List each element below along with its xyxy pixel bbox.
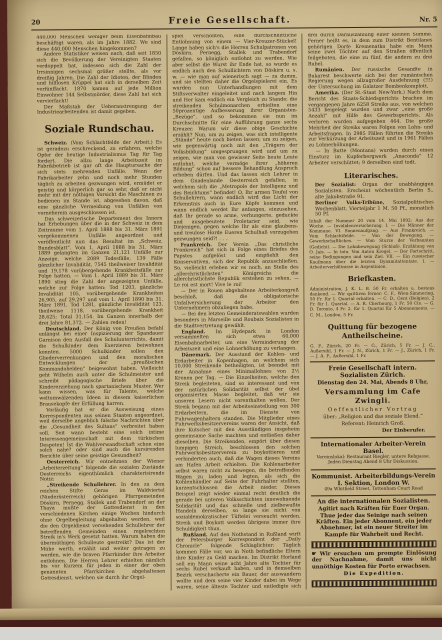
paragraph: Rußland. Auf den Nothstand in Rußland wi… (176, 532, 301, 590)
paragraph: — Der in Rouen abgehaltene Arbeiterkongr… (174, 289, 299, 313)
entry-body: — Bei den letzten Gemeinderatswahlen wur… (174, 312, 299, 330)
paragraph: drei durch Darauszahlung einer kleinen S… (308, 32, 433, 68)
paragraph: Dänemark. Der Ausstand der Kohlen- und E… (175, 352, 301, 533)
entry-body: Auf den Nothstand in Rußland wirft der P… (176, 532, 301, 590)
paragraph: — In Butte (Montana) wurden durch einen … (309, 148, 434, 166)
entry-body: — Der in Rouen abgehaltene Arbeiterkongr… (174, 289, 299, 312)
entry-lead: Amerika. (315, 90, 339, 96)
entry-lead: England. (181, 329, 205, 335)
meeting-datetime: Dienstag den 24. Mai, Abends 8 Uhr, (310, 379, 435, 386)
meeting-topic: über: „Religion und das soziale Elend.“ (311, 413, 436, 420)
ornament-border (312, 541, 437, 549)
paragraph: Vorläufig hat er die Ausweisung eines Ko… (39, 407, 164, 460)
briefkasten-text: Administration, J. K. L. B. 50 Fr. erhal… (310, 285, 435, 317)
page-header: 20 Freie Gesellschaft. Nr. 5 (31, 14, 437, 27)
entry-lead: Deutschland. (46, 326, 82, 332)
entry-body: Der Ausstand der Kohlen- und Erdarbeiter… (175, 352, 301, 532)
literary-item: Der Sozialist: Organ der unabhängigen So… (309, 183, 434, 201)
meeting-location: Versammlung im Cafe Zwingli. (310, 386, 435, 405)
literary-contents: Inhalt der Nummer 20 vom 14. Mai 1892: A… (309, 218, 434, 270)
paragraph: Der Maßstab der Ueberanstrengung der Ind… (37, 104, 162, 117)
notice-body: Wir ersuchen um prompte Einlösung der Na… (312, 551, 437, 570)
table-surface (0, 627, 442, 640)
entry-body: (Vom Schlachtfelde der Arbeit.) Es ist g… (37, 141, 162, 217)
entry-body: spiel verschönten, eine durchschnittlich… (172, 33, 298, 242)
entry-body: Andere Statistiker weisen nach, daß seit… (37, 52, 162, 104)
literary-item: Berliner Volks-Tribüne, Sozialpolitische… (309, 200, 434, 218)
meeting-title: Freie Gesellschaft intern. Sozialisten Z… (310, 364, 435, 379)
entry-lead: „Streikende Schullehrer. (47, 482, 117, 489)
divider-rule (311, 468, 436, 470)
entry-body: drei durch Darauszahlung einer kleinen S… (308, 32, 433, 67)
meeting-speaker: Referent: Heinrich Groß. (311, 420, 436, 427)
appeal-body: Agitirt nach Kräften für Euer Organ. Thu… (311, 506, 436, 539)
notice-signature: Die Expedition. (312, 570, 437, 577)
verein-address: 49a Whitfield Street, Tottenham Court Ro… (311, 486, 436, 492)
verein-london: Kommunist. Arbeiterbildungs-Verein I. Se… (311, 472, 436, 492)
entry-lead: Frankreich. (181, 242, 212, 248)
paragraph: spiel verschönten, eine durchschnittlich… (172, 33, 298, 243)
section-heading-briefkasten: Briefkasten. (310, 273, 435, 283)
divider-rule (311, 495, 436, 497)
paragraph: Amerika. (Der St.-Staat New-York.) Nach … (308, 90, 433, 149)
column-layout: 440,000 Menschen weniger beim Eisenbahnb… (31, 32, 441, 591)
quittung-text: G. F., Zürich, 20 Fr. — G., Zürich, 5 Fr… (310, 342, 435, 358)
paragraph: Oesterreich. Wir entnehmen der Wiener „A… (40, 460, 165, 484)
entry-lead: Dänemark. (182, 352, 212, 358)
entry-lead: Oesterreich. (47, 459, 80, 465)
meeting-announcement: Freie Gesellschaft intern. Sozialisten Z… (310, 364, 435, 434)
entry-lead: Schweiz. (44, 140, 67, 146)
section-heading-literarisches: Literarisches. (309, 171, 434, 181)
entry-body: Das schweizerische Departement des Inner… (38, 216, 163, 326)
column-middle: spiel verschönten, eine durchschnittlich… (166, 33, 306, 590)
issue-number: Nr. 5 (419, 15, 437, 23)
paragraph: „Streikende Schullehrer. In den zu dem r… (40, 483, 165, 583)
expedition-notice: ☛ Wir ersuchen um prompte Einlösung der … (312, 551, 437, 571)
scanned-newspaper-photo: 20 Freie Gesellschaft. Nr. 5 440,000 Men… (0, 0, 442, 640)
entry-body: 440,000 Menschen weniger beim Eisenbahnb… (36, 35, 161, 53)
column-left: 440,000 Menschen weniger beim Eisenbahnb… (31, 35, 170, 592)
entry-body: In den zu dem reichen Stifte Geras im Wa… (40, 483, 165, 582)
entry-lead: Berliner Volks-Tribüne, (315, 200, 384, 207)
masthead-title: Freie Gesellschaft. (169, 16, 292, 27)
entry-lead: Rumänien. (315, 67, 344, 73)
paragraph: 440,000 Menschen weniger beim Eisenbahnb… (36, 35, 161, 53)
entry-body: Der Maßstab der Ueberanstrengung der Ind… (37, 104, 162, 116)
meeting-signature: Der Einberufer. (311, 427, 436, 434)
section-heading-soziale-rundschau: Soziale Rundschau. (37, 124, 162, 136)
paragraph: Das schweizerische Departement des Inner… (38, 216, 164, 327)
paragraph: — Bei den letzten Gemeinderatswahlen wur… (174, 312, 299, 330)
entry-body: Der Verein „Das christliche Frankreich“ … (174, 242, 299, 289)
paragraph: Schweiz. (Vom Schlachtfelde der Arbeit.)… (37, 141, 162, 217)
appeal-heading: An die internationalen Sozialisten. (311, 499, 436, 506)
pointing-hand-icon: ☛ (312, 551, 317, 557)
divider-rule (310, 360, 435, 362)
paragraph: England. Im Hydepark in London versammel… (174, 329, 299, 353)
paragraph: Andere Statistiker weisen nach, daß seit… (36, 52, 161, 105)
entry-body: Der König von Preußen befahl unlängst be… (39, 326, 164, 407)
paragraph: Frankreich. Der Verein „Das christliche … (174, 242, 299, 289)
entry-body: Vorläufig hat er die Ausweisung eines Ko… (39, 407, 164, 459)
verein-title: Internationaler Arbeiter-Verein Basel. (311, 440, 436, 455)
paragraph: Rumänien. Der russische Gesandte in Buka… (308, 67, 433, 91)
meeting-lecture-label: Oeffentlicher Vortrag (311, 406, 436, 413)
verein-line: Jeden Dienstag Abend 8 Uhr Diskussion. (311, 460, 436, 466)
newspaper-page: 20 Freie Gesellschaft. Nr. 5 440,000 Men… (7, 0, 442, 622)
divider-rule (311, 436, 436, 438)
entry-lead: Der Sozialist: (315, 182, 356, 188)
column-right: drei durch Darauszahlung einer kleinen S… (302, 32, 442, 589)
ornament-border (312, 579, 437, 587)
entry-body: (Der St.-Staat New-York.) Nach dem Beric… (308, 90, 433, 148)
verein-basel: Internationaler Arbeiter-Verein Basel. V… (311, 440, 436, 466)
entry-body: — In Butte (Montana) wurden durch einen … (309, 148, 434, 166)
page-number: 20 (31, 18, 40, 26)
paragraph: Deutschland. Der König von Preußen befah… (39, 326, 164, 408)
section-heading-quittung: Quittung für bezogene Antheilscheine. (310, 321, 435, 340)
entry-lead: Rußland. (183, 532, 208, 538)
